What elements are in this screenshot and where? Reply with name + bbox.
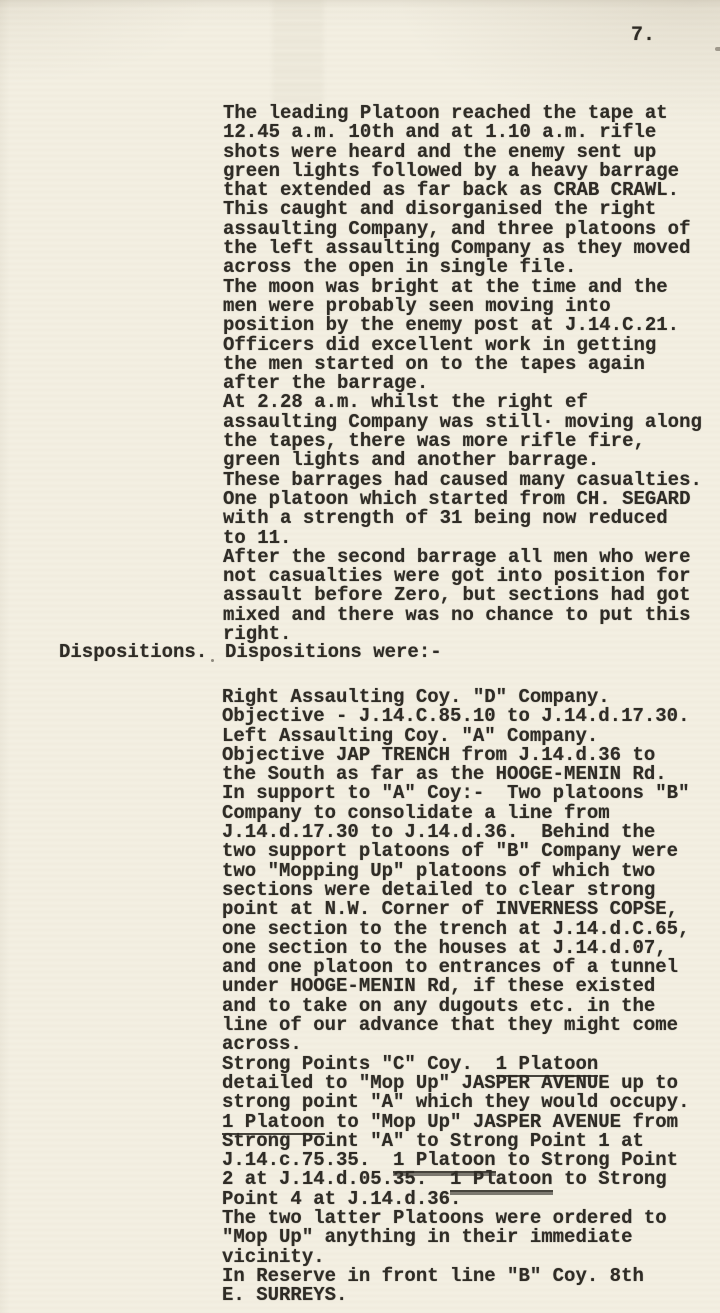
ink-bleedthrough-mark — [272, 0, 324, 104]
dispositions-text-a: Right Assaulting Coy. "D" Company. Objec… — [222, 686, 689, 1075]
narrative-paragraph: The leading Platoon reached the tape at … — [223, 104, 719, 644]
dispositions-text-e: to Strong Point 4 at J.14.d.36. The two … — [222, 1168, 667, 1306]
stray-ink-dot — [211, 659, 214, 662]
underlined-one-platoon-4: 1 Platoon — [450, 1168, 553, 1192]
dispositions-text-b: detailed to "Mop Up" JASPER AVENUE up to… — [222, 1072, 689, 1113]
page-number: 7. — [631, 26, 655, 45]
section-label-dispositions: Dispositions. — [59, 643, 207, 662]
document-page: 7. The leading Platoon reached the tape … — [0, 0, 720, 1313]
paper-edge-mark — [715, 47, 720, 51]
section-intro-text: Dispositions were:- — [225, 643, 442, 662]
dispositions-paragraph: Right Assaulting Coy. "D" Company. Objec… — [222, 688, 718, 1306]
